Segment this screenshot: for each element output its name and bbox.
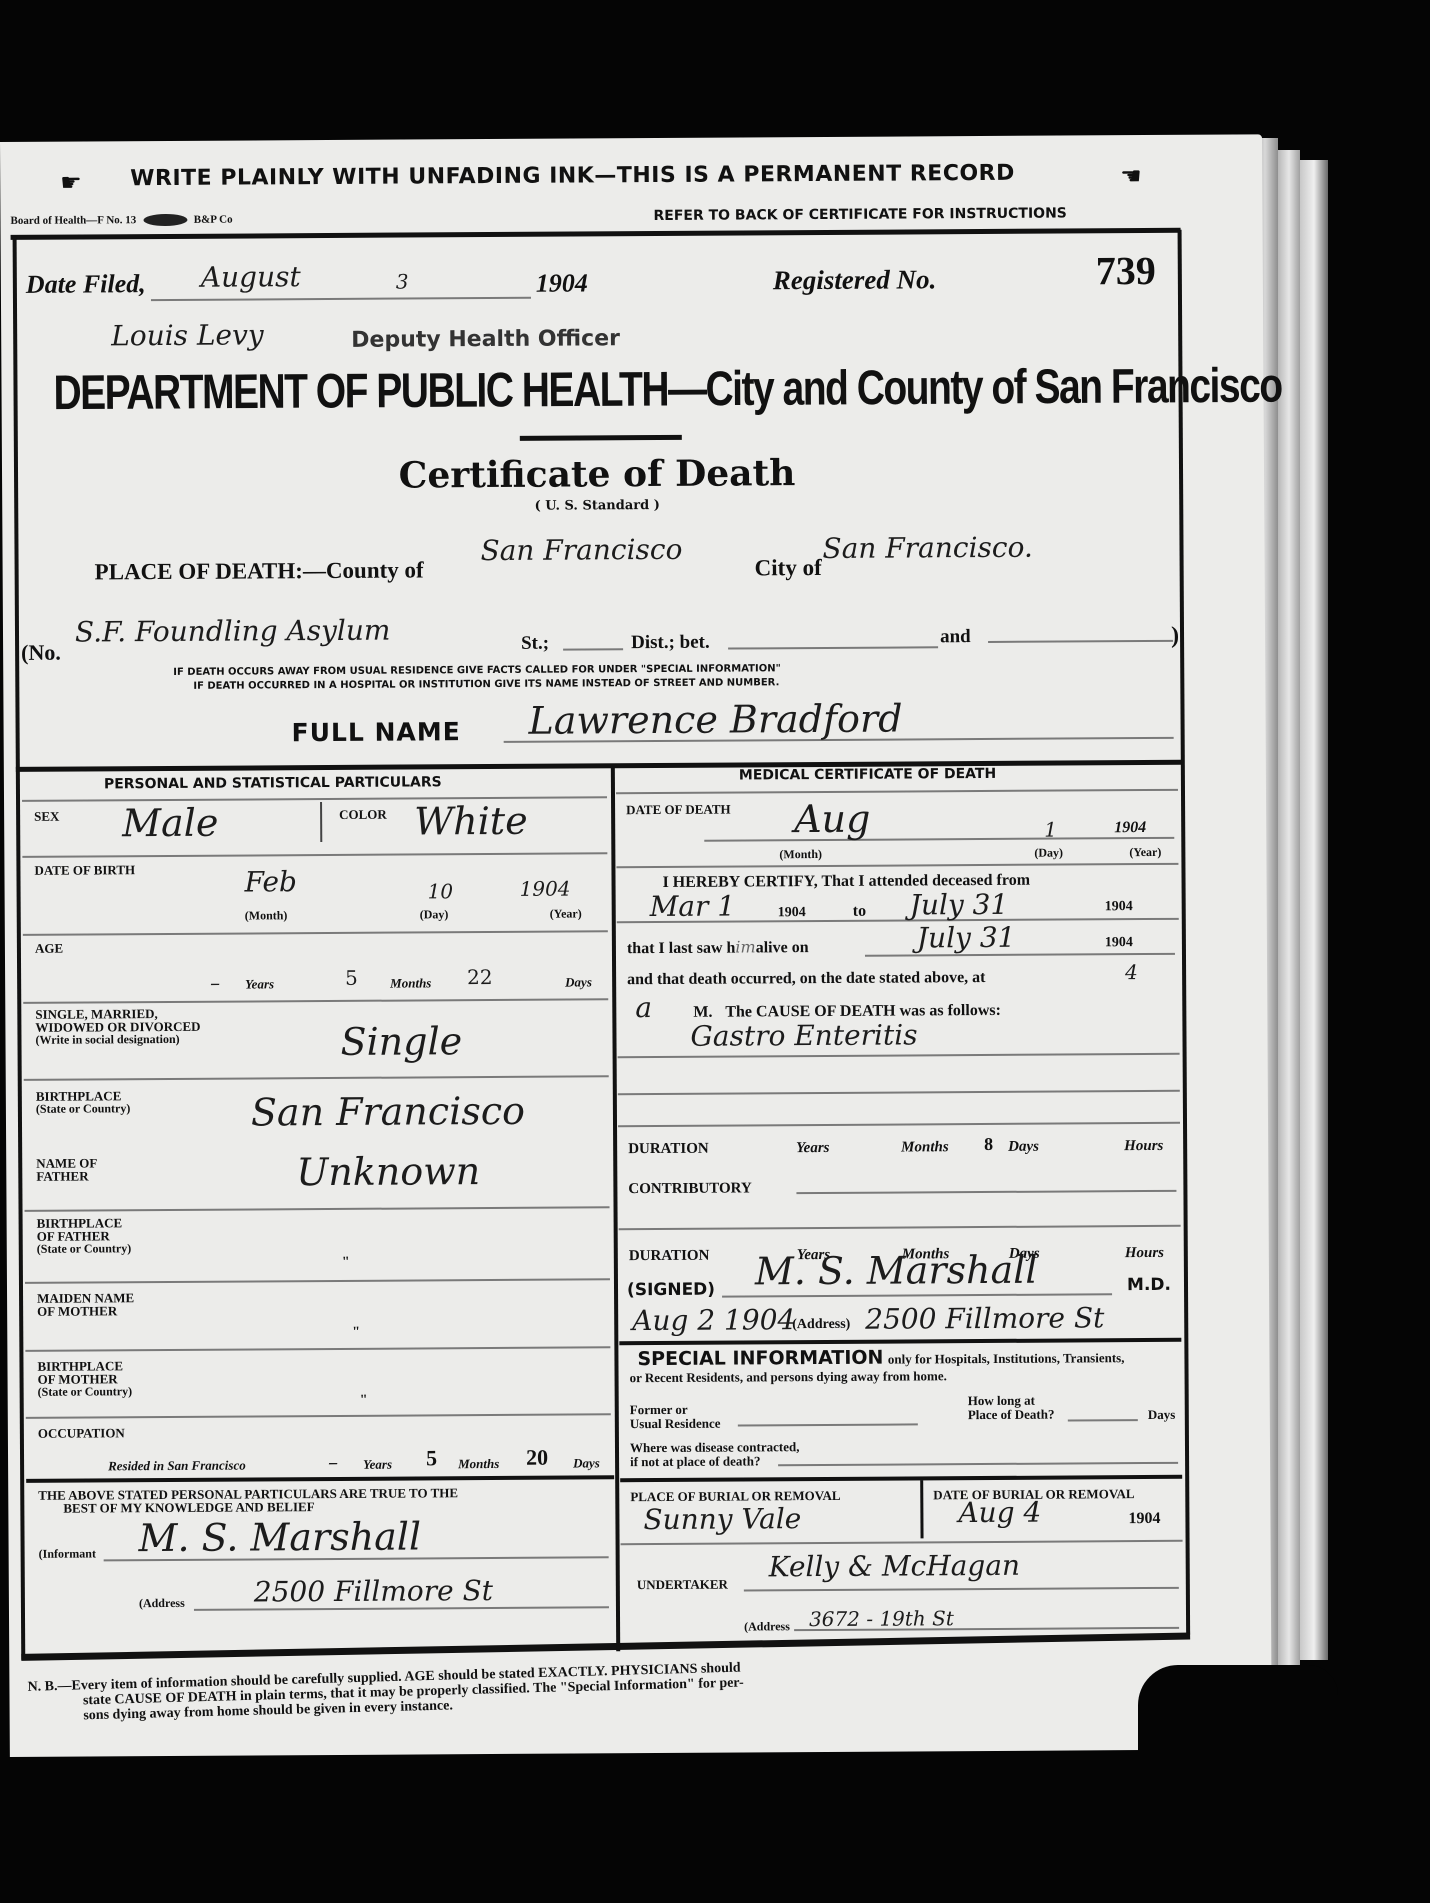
form-id: Board of Health—F No. 13 B&P Co [10, 214, 232, 228]
printer-mark: B&P Co [194, 214, 233, 226]
dob-year-field[interactable]: 1904 [519, 877, 570, 901]
dod-month-field[interactable]: Aug [794, 797, 871, 841]
father-birthplace-field[interactable]: " [342, 1255, 350, 1271]
dod-year-caption: (Year) [1129, 845, 1161, 860]
street-label: St.; [521, 633, 549, 655]
date-filed-line [151, 297, 531, 301]
physician-address-label: (Address) [792, 1317, 850, 1333]
duration2-label: DURATION [629, 1250, 710, 1263]
health-officer-title: Deputy Health Officer [351, 326, 620, 353]
physician-address-field[interactable]: 2500 Fillmore St [865, 1301, 1104, 1335]
contributory-line [796, 1190, 1176, 1194]
signed-label: (SIGNED) [627, 1280, 715, 1301]
dod-line [704, 837, 1174, 842]
age-years-field[interactable]: – [210, 971, 220, 995]
duration-days-caption: Days [1008, 1139, 1039, 1156]
resided-years-caption: Years [363, 1457, 392, 1473]
dob-month-field[interactable]: Feb [244, 865, 297, 898]
cause-line [618, 1122, 1180, 1127]
last-saw-year-field[interactable]: 1904 [1105, 935, 1133, 951]
mother-birthplace-label: BIRTHPLACE OF MOTHER (State or Country) [37, 1359, 132, 1399]
date-of-death-label: DATE OF DEATH [626, 803, 731, 817]
thumb-shadow [1138, 1665, 1338, 1903]
physician-signature-field[interactable]: M. S. Marshall [755, 1248, 1038, 1294]
last-saw-label: that I last saw himalive on [627, 937, 809, 958]
special-divider [619, 1338, 1181, 1345]
pointing-hand-icon: ☛ [1120, 162, 1142, 191]
union-label-icon [143, 214, 187, 226]
to-label: to [853, 903, 866, 921]
residence-note-2: IF DEATH OCCURRED IN A HOSPITAL OR INSTI… [193, 677, 779, 692]
date-filed-year: 1904 [536, 268, 588, 298]
registered-no-label: Registered No. [773, 264, 937, 296]
mother-label-line: OF MOTHER [37, 1304, 134, 1318]
occurred-text: and that death occurred, on the date sta… [627, 969, 985, 989]
column-divider [611, 766, 620, 1651]
special-info-title: SPECIAL INFORMATION [637, 1347, 883, 1371]
book-page-edge [1300, 160, 1328, 1660]
street-no-label: (No. [21, 640, 61, 666]
duration-years-caption: Years [796, 1140, 829, 1157]
time-field[interactable]: 4 [1125, 960, 1138, 984]
footer-note: N. B.—Every item of information should b… [27, 1660, 744, 1724]
last-saw-text: that I last saw h [627, 940, 736, 958]
informant-label: (Informant [39, 1546, 96, 1561]
duration-months-caption: Months [901, 1139, 949, 1156]
age-months-caption: Months [390, 975, 431, 991]
title-divider [520, 435, 682, 441]
row-rule [24, 1075, 609, 1081]
form-left-border [13, 237, 26, 1660]
row-rule [25, 1278, 610, 1284]
marital-field[interactable]: Single [340, 1019, 462, 1064]
resided-months-caption: Months [458, 1456, 499, 1472]
mother-name-field[interactable]: " [352, 1325, 360, 1341]
institution-field[interactable]: S.F. Foundling Asylum [75, 614, 391, 649]
date-filed-day-field[interactable]: 3 [396, 270, 409, 294]
contributory-label: CONTRIBUTORY [628, 1182, 751, 1196]
undertaker-line [744, 1587, 1179, 1592]
row-rule [621, 1540, 1183, 1545]
age-days-field[interactable]: 22 [467, 965, 493, 989]
attest-divider [26, 1475, 614, 1483]
health-officer-signature[interactable]: Louis Levy [111, 318, 264, 352]
instructions-note: REFER TO BACK OF CERTIFICATE FOR INSTRUC… [653, 205, 1066, 224]
burial-place-field[interactable]: Sunny Vale [643, 1502, 801, 1536]
burial-divider-vertical [920, 1480, 923, 1538]
dob-day-field[interactable]: 10 [428, 879, 454, 903]
age-years-caption: Years [245, 976, 274, 992]
special-info-subtitle: only for Hospitals, Institutions, Transi… [888, 1350, 1125, 1366]
duration-label: DURATION [628, 1143, 709, 1156]
last-saw-date-field[interactable]: July 31 [917, 921, 1016, 955]
how-long-label: How long at Place of Death? [968, 1394, 1055, 1423]
mother-name-label: MAIDEN NAME OF MOTHER [37, 1291, 134, 1318]
birthplace-label: BIRTHPLACE (State or Country) [36, 1089, 131, 1116]
city-field[interactable]: San Francisco. [822, 531, 1033, 565]
close-paren: ) [1171, 623, 1179, 650]
form-right-border [1178, 230, 1191, 1635]
burial-date-field[interactable]: Aug 4 [958, 1496, 1041, 1530]
father-birthplace-label: BIRTHPLACE OF FATHER (State or Country) [37, 1216, 132, 1256]
age-months-field[interactable]: 5 [345, 966, 358, 990]
section-divider [16, 760, 1182, 772]
ampm-field[interactable]: a [635, 991, 652, 1024]
age-days-caption: Days [565, 974, 592, 990]
duration-days-field[interactable]: 8 [984, 1134, 993, 1155]
sex-color-divider [320, 802, 322, 842]
color-field[interactable]: White [414, 799, 528, 844]
row-rule [26, 1413, 611, 1419]
attended-from-year-field[interactable]: 1904 [778, 905, 806, 921]
resided-months-field[interactable]: 5 [426, 1445, 437, 1471]
signed-line [722, 1293, 1112, 1297]
full-name-label: FULL NAME [292, 717, 461, 747]
burial-place-label: PLACE OF BURIAL OR REMOVAL [630, 1489, 840, 1503]
last-saw-pronoun-field[interactable]: im [735, 937, 755, 956]
row-rule [616, 789, 1178, 794]
dob-year-caption: (Year) [550, 906, 582, 921]
birthplace-label-line: (State or Country) [36, 1102, 131, 1116]
mother-birthplace-field[interactable]: " [360, 1393, 368, 1409]
cause-field[interactable]: Gastro Enteritis [690, 1018, 917, 1052]
md-label: M.D. [1127, 1275, 1171, 1295]
alive-on-text: alive on [756, 939, 809, 956]
dob-day-caption: (Day) [420, 907, 449, 922]
contracted-field [778, 1462, 1178, 1466]
informant-field[interactable]: M. S. Marshall [138, 1514, 421, 1560]
residence-note-1: IF DEATH OCCURS AWAY FROM USUAL RESIDENC… [173, 663, 781, 678]
duration2-hours-caption: Hours [1125, 1245, 1164, 1262]
marital-label-line: (Write in social designation) [35, 1033, 200, 1047]
dod-day-field[interactable]: 1 [1044, 818, 1057, 842]
father-bp-label-line: (State or Country) [37, 1242, 132, 1256]
occupation-label: OCCUPATION [38, 1426, 125, 1440]
pointing-hand-icon: ☛ [60, 169, 82, 198]
street-line [563, 648, 623, 650]
undertaker-label: UNDERTAKER [637, 1578, 728, 1592]
death-certificate-page: ☛ WRITE PLAINLY WITH UNFADING INK—THIS I… [0, 134, 1272, 1757]
former-residence-label: Former or Usual Residence [630, 1403, 721, 1432]
place-of-death-label: PLACE OF DEATH:—County of [95, 557, 424, 585]
father-label-line: FATHER [36, 1169, 97, 1182]
contracted-label-line: if not at place of death? [630, 1454, 800, 1469]
city-label: City of [755, 555, 822, 581]
dod-day-caption: (Day) [1034, 846, 1063, 861]
cause-line [618, 1053, 1180, 1058]
dob-label: DATE OF BIRTH [34, 863, 135, 877]
resided-years-field[interactable]: – [328, 1450, 338, 1474]
informant-address-label: (Address [139, 1596, 185, 1611]
contributory-line [619, 1225, 1181, 1230]
form-top-border [11, 228, 1181, 240]
header-warning: WRITE PLAINLY WITH UNFADING INK—THIS IS … [130, 161, 1015, 191]
former-residence-field [738, 1423, 918, 1426]
sex-field[interactable]: Male [122, 801, 218, 846]
how-long-label-line: Place of Death? [968, 1408, 1055, 1423]
certificate-title: Certificate of Death [2, 450, 1192, 499]
contracted-label: Where was disease contracted, if not at … [630, 1440, 800, 1469]
undertaker-address-label: (Address [744, 1619, 790, 1634]
resided-days-field[interactable]: 20 [526, 1445, 548, 1471]
full-name-field[interactable]: Lawrence Bradford [528, 696, 902, 742]
department-title: DEPARTMENT OF PUBLIC HEALTH—City and Cou… [53, 359, 1281, 422]
color-label: COLOR [339, 808, 387, 821]
attest-text-2: BEST OF MY KNOWLEDGE AND BELIEF [63, 1500, 314, 1515]
row-rule [23, 998, 608, 1004]
date-filed-label: Date Filed, [26, 269, 146, 300]
county-field[interactable]: San Francisco [480, 533, 682, 567]
informant-address-field[interactable]: 2500 Fillmore St [254, 1574, 493, 1608]
row-rule [22, 852, 607, 858]
last-saw-line [865, 953, 1175, 957]
district-line [728, 646, 938, 649]
attended-to-field[interactable]: July 31 [910, 888, 1009, 922]
header-warning-row: ☛ WRITE PLAINLY WITH UNFADING INK—THIS I… [60, 160, 1180, 167]
mother-bp-label-line: (State or Country) [38, 1385, 133, 1399]
row-rule [25, 1206, 610, 1212]
form-bottom-border [21, 1632, 1190, 1660]
and-line [988, 640, 1173, 643]
birthplace-field[interactable]: San Francisco [251, 1089, 525, 1135]
dod-year-field[interactable]: 1904 [1114, 819, 1146, 837]
father-name-label: NAME OF FATHER [36, 1156, 97, 1182]
medical-section-title: MEDICAL CERTIFICATE OF DEATH [739, 766, 996, 784]
undertaker-address-field[interactable]: 3672 - 19th St [809, 1606, 954, 1631]
row-rule [23, 930, 608, 936]
age-label: AGE [35, 942, 63, 955]
resided-days-caption: Days [573, 1455, 600, 1471]
duration-hours-caption: Hours [1124, 1138, 1163, 1155]
personal-section-title: PERSONAL AND STATISTICAL PARTICULARS [104, 774, 442, 792]
district-label: Dist.; bet. [631, 632, 710, 654]
date-filed-month-field[interactable]: August [201, 260, 301, 294]
dod-month-caption: (Month) [779, 847, 822, 862]
burial-divider [620, 1475, 1182, 1482]
how-long-days-label: Days [1148, 1407, 1176, 1423]
resided-label: Resided in San Francisco [108, 1458, 246, 1475]
registered-number[interactable]: 739 [1096, 247, 1156, 294]
cause-line [618, 1090, 1180, 1095]
row-rule [25, 1346, 610, 1352]
row-rule [616, 863, 1178, 868]
undertaker-field[interactable]: Kelly & McHagan [769, 1549, 1021, 1584]
how-long-field [1068, 1419, 1138, 1421]
attended-to-year-field[interactable]: 1904 [1105, 899, 1133, 915]
dob-month-caption: (Month) [245, 908, 288, 923]
special-info-header: SPECIAL INFORMATION only for Hospitals, … [637, 1345, 1124, 1370]
attended-from-field[interactable]: Mar 1 [650, 890, 736, 924]
former-label-line: Usual Residence [630, 1417, 721, 1432]
special-info-subtitle-2: or Recent Residents, and persons dying a… [630, 1368, 947, 1386]
marital-label: SINGLE, MARRIED, WIDOWED OR DIVORCED (Wr… [35, 1007, 200, 1047]
standard-note: ( U. S. Standard ) [2, 495, 1192, 517]
and-label: and [940, 626, 971, 648]
father-name-field[interactable]: Unknown [296, 1149, 480, 1194]
burial-year-field[interactable]: 1904 [1128, 1510, 1160, 1528]
form-number: Board of Health—F No. 13 [10, 214, 136, 227]
sex-label: SEX [34, 810, 59, 823]
signed-date-field[interactable]: Aug 2 1904 [632, 1303, 795, 1337]
